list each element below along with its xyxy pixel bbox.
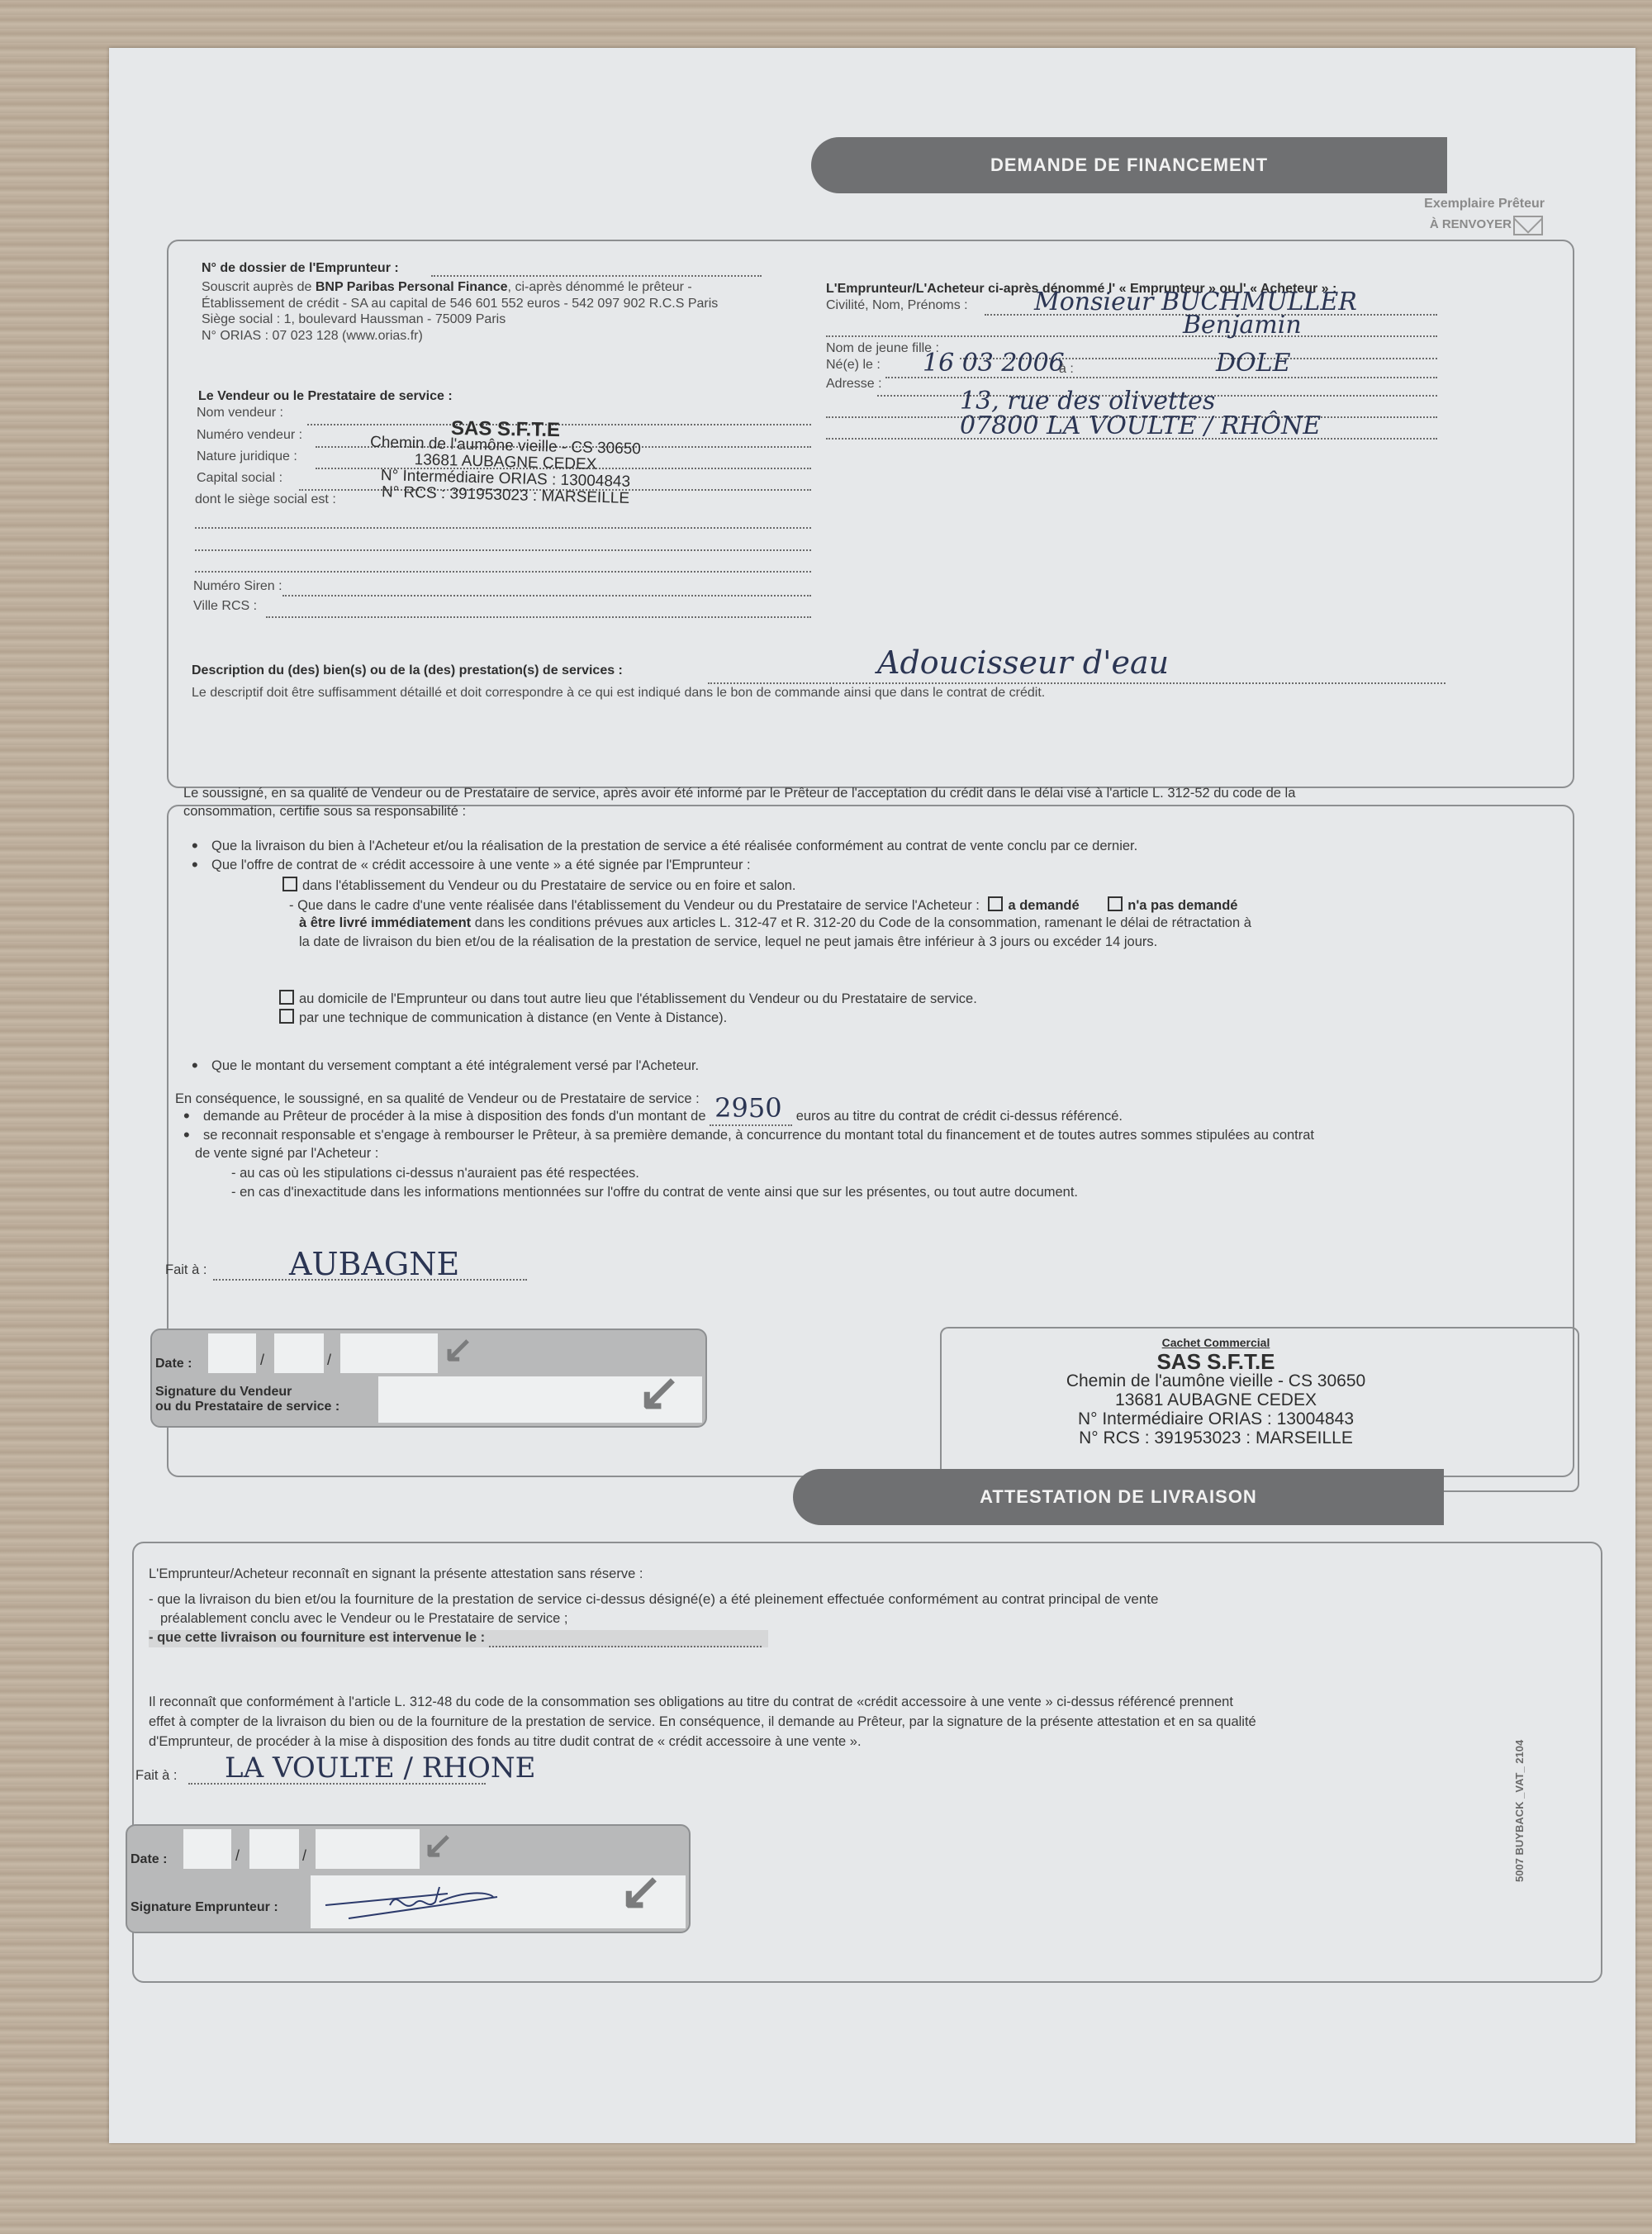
cert-bullet-delivery: Que la livraison du bien à l'Acheteur et… [211, 839, 1137, 854]
civility-field-2[interactable] [826, 335, 1437, 337]
stamp-rcs: N° RCS : 391953023 : MARSEILLE [968, 1428, 1464, 1447]
amount-field[interactable]: 2950 [710, 1109, 792, 1126]
delivery-para-2: effet à compter de la livraison du bien … [149, 1714, 1256, 1730]
borrower-signature-label: Signature Emprunteur : [131, 1900, 278, 1915]
rcs-city-field[interactable] [266, 616, 811, 618]
dossier-field[interactable] [431, 275, 762, 277]
stamp-address: Chemin de l'aumône vieille - CS 30650 [968, 1371, 1464, 1390]
return-label: À RENVOYER [1430, 217, 1512, 231]
responsibility-text-2: de vente signé par l'Acheteur : [195, 1146, 378, 1162]
description-field[interactable] [708, 682, 1445, 684]
dossier-label: N° de dossier de l'Emprunteur : [202, 261, 399, 276]
delivery-para-1: Il reconnaît que conformément à l'articl… [149, 1695, 1233, 1710]
immediate-delivery-line-2: à être livré immédiatement dans les cond… [299, 915, 1251, 931]
vendor-number-label: Numéro vendeur : [197, 428, 302, 443]
seat-field-3[interactable] [195, 571, 811, 573]
cert-intro-1: Le soussigné, en sa qualité de Vendeur o… [183, 786, 1295, 801]
delivery-intro: L'Emprunteur/Acheteur reconnaît en signa… [149, 1566, 643, 1582]
in-store-checkbox[interactable] [282, 877, 297, 891]
vendor-heading: Le Vendeur ou le Prestataire de service … [198, 389, 453, 404]
lender-line-4: N° ORIAS : 07 023 128 (www.orias.fr) [202, 329, 423, 344]
vendor-date-label: Date : [155, 1357, 192, 1371]
amount-value: 2950 [714, 1092, 781, 1124]
description-value: Adoucisseur d'eau [877, 644, 1169, 681]
cert-intro-2: consommation, certifie sous sa responsab… [183, 804, 466, 820]
lender-line-2: Établissement de crédit - SA au capital … [202, 297, 718, 311]
arrow-down-left-icon: ↙ [619, 1861, 662, 1921]
borrower-place-value: LA VOULTE / RHONE [225, 1752, 536, 1785]
borrower-place-label: Fait à : [135, 1768, 177, 1784]
immediate-delivery-line-3: la date de livraison du bien et/ou de la… [299, 934, 1157, 950]
commercial-stamp: Cachet Commercial SAS S.F.T.E Chemin de … [968, 1333, 1464, 1447]
delivery-item-1: - que la livraison du bien et/ou la four… [149, 1591, 1159, 1608]
lender-line-3: Siège social : 1, boulevard Haussman - 7… [202, 312, 506, 327]
stamp-company-name: SAS S.F.T.E [968, 1352, 1464, 1371]
civility-label: Civilité, Nom, Prénoms : [826, 298, 968, 313]
vendor-date-year[interactable] [340, 1333, 438, 1373]
delivery-title: ATTESTATION DE LIVRAISON [980, 1486, 1257, 1508]
copy-label: Exemplaire Prêteur [1424, 197, 1545, 212]
address-value-2: 07800 LA VOULTE / RHÔNE [960, 411, 1321, 440]
delivery-date-field[interactable] [489, 1630, 762, 1647]
case-inaccuracy: - en cas d'inexactitude dans les informa… [231, 1185, 1078, 1200]
delivery-date-label: - que cette livraison ou fourniture est … [149, 1630, 768, 1647]
vendor-date-day[interactable] [208, 1333, 256, 1373]
vendor-signature-label: Signature du Vendeur ou du Prestataire d… [155, 1385, 339, 1414]
siren-label: Numéro Siren : [193, 579, 282, 594]
cert-bullet-payment: Que le montant du versement comptant a é… [211, 1058, 699, 1074]
responsibility-text: se reconnait responsable et s'engage à r… [203, 1128, 1314, 1143]
option-distance: par une technique de communication à dis… [279, 1009, 727, 1026]
cert-bullet-signed: Que l'offre de contrat de « crédit acces… [211, 858, 751, 873]
envelope-icon [1513, 216, 1543, 235]
birth-place-value: DOLE [1216, 349, 1290, 378]
stamp-orias: N° Intermédiaire ORIAS : 13004843 [968, 1409, 1464, 1428]
form-title: DEMANDE DE FINANCEMENT [990, 154, 1268, 176]
arrow-down-left-icon: ↙ [443, 1329, 473, 1371]
arrow-down-left-icon: ↙ [423, 1824, 453, 1866]
address-label: Adresse : [826, 377, 882, 392]
delivery-para-3: d'Emprunteur, de procéder à la mise à di… [149, 1734, 862, 1750]
stamp-city: 13681 AUBAGNE CEDEX [968, 1390, 1464, 1409]
seat-field-1[interactable] [195, 527, 811, 529]
requested-checkbox[interactable] [988, 896, 1003, 911]
birth-date-value: 16 03 2006 [923, 349, 1065, 378]
vendor-date-month[interactable] [274, 1333, 324, 1373]
borrower-date-month[interactable] [249, 1829, 299, 1869]
description-note: Le descriptif doit être suffisamment dét… [192, 686, 1045, 701]
siren-field[interactable] [282, 595, 811, 597]
financing-request-form: DEMANDE DE FINANCEMENT Exemplaire Prêteu… [109, 48, 1635, 2143]
vendor-place-label: Fait à : [165, 1262, 206, 1278]
home-checkbox[interactable] [279, 990, 294, 1005]
description-label: Description du (des) bien(s) ou de la (d… [192, 663, 623, 678]
form-reference: 5007 BUYBACK _VAT_ 2104 [1513, 1740, 1526, 1882]
borrower-date-label: Date : [131, 1852, 167, 1867]
vendor-name-label: Nom vendeur : [197, 406, 283, 421]
immediate-delivery-line: - Que dans le cadre d'une vente réalisée… [289, 896, 1237, 914]
civility-value-2: Benjamin [1183, 311, 1302, 340]
option-home: au domicile de l'Emprunteur ou dans tout… [279, 990, 977, 1007]
birth-date-label: Né(e) le : [826, 358, 881, 373]
borrower-date-year[interactable] [316, 1829, 420, 1869]
delivery-item-1b: préalablement conclu avec le Vendeur ou … [160, 1611, 567, 1627]
borrower-signature-scribble [324, 1880, 522, 1923]
borrower-date-day[interactable] [183, 1829, 231, 1869]
distance-checkbox[interactable] [279, 1009, 294, 1024]
seat-field-2[interactable] [195, 549, 811, 551]
vendor-place-value: AUBAGNE [289, 1246, 459, 1282]
arrow-down-left-icon: ↙ [638, 1362, 681, 1422]
funds-request: demande au Prêteur de procéder à la mise… [203, 1109, 1123, 1126]
vendor-stamp: SAS S.F.T.E Chemin de l'aumône vieille -… [316, 421, 695, 504]
birth-place-label: à : [1059, 362, 1074, 377]
case-stipulations: - au cas où les stipulations ci-dessus n… [231, 1166, 639, 1181]
option-in-store: dans l'établissement du Vendeur ou du Pr… [282, 877, 796, 894]
delivery-banner: ATTESTATION DE LIVRAISON [793, 1469, 1444, 1525]
consequence-text: En conséquence, le soussigné, en sa qual… [175, 1091, 700, 1107]
rcs-city-label: Ville RCS : [193, 599, 257, 614]
lender-line-1: Souscrit auprès de BNP Paribas Personal … [202, 280, 692, 295]
legal-form-label: Nature juridique : [197, 449, 297, 464]
not-requested-checkbox[interactable] [1108, 896, 1123, 911]
capital-label: Capital social : [197, 471, 282, 486]
title-banner: DEMANDE DE FINANCEMENT [811, 137, 1447, 193]
